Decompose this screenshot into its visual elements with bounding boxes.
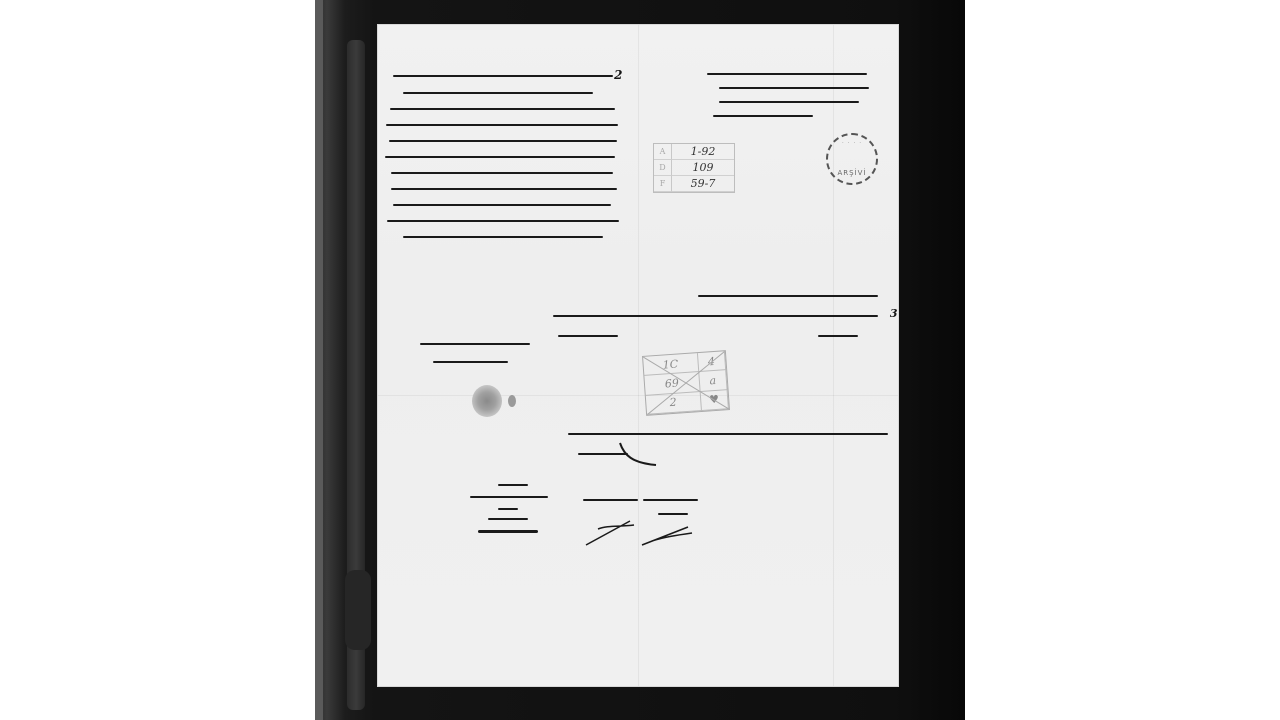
script-line — [385, 156, 615, 158]
script-line — [387, 220, 619, 222]
stamp-value: 1-92 — [672, 144, 734, 160]
stamp-prefix: F — [654, 176, 672, 192]
script-line — [393, 204, 611, 206]
seal-bottom-text: ARŞİVİ — [837, 169, 866, 177]
stamp-prefix: D — [654, 160, 672, 176]
script-line — [386, 124, 618, 126]
grid-cell: ♥ — [700, 390, 729, 411]
seal-top-text: · · · · — [828, 140, 876, 147]
script-line — [391, 188, 617, 190]
archive-reference-stamp: A 1-92 D 109 F 59-7 — [653, 143, 735, 193]
script-line — [719, 87, 869, 89]
grid-cell: 4 — [698, 351, 727, 372]
script-line — [707, 73, 867, 75]
script-line — [403, 92, 593, 94]
script-line — [470, 496, 548, 498]
signature — [478, 530, 538, 533]
script-line — [719, 101, 859, 103]
scanner-edge — [315, 0, 323, 720]
script-line — [553, 315, 878, 317]
script-line — [498, 508, 518, 510]
top-right-paragraph — [703, 63, 873, 123]
script-line — [391, 172, 613, 174]
signature-block-left — [468, 480, 548, 550]
middle-paragraph: 3 — [548, 287, 888, 357]
fold-line — [378, 395, 898, 396]
script-line — [713, 115, 813, 117]
script-line — [420, 343, 530, 345]
script-line — [433, 361, 508, 363]
signature-block-right — [638, 495, 698, 550]
fingerprint-mark — [472, 385, 502, 417]
left-note — [418, 335, 538, 375]
script-line — [698, 295, 878, 297]
signature-stroke-icon — [618, 441, 658, 467]
script-line — [658, 513, 688, 515]
document-page: 2 A 1-92 D 109 F 59-7 · · · · ARŞİVİ 3 1… — [378, 25, 898, 686]
lower-paragraph — [563, 423, 888, 483]
stamp-prefix: A — [654, 144, 672, 160]
script-line — [403, 236, 603, 238]
signature-block-middle — [578, 495, 638, 550]
script-line — [818, 335, 858, 337]
script-line — [643, 499, 698, 501]
pencil-reference-grid: 1C 4 69 a 2 ♥ — [642, 350, 730, 416]
script-line — [558, 335, 618, 337]
paragraph-marker: 2 — [614, 68, 623, 82]
script-line — [498, 484, 528, 486]
script-line — [393, 75, 613, 77]
grid-cell: a — [699, 370, 728, 391]
signature-icon — [578, 511, 638, 547]
script-line — [390, 108, 615, 110]
script-line — [389, 140, 617, 142]
scanner-rod-knob — [345, 570, 371, 650]
signature-icon — [638, 519, 698, 549]
grid-cell: 2 — [646, 392, 702, 415]
script-line — [583, 499, 638, 501]
script-line — [568, 433, 888, 435]
fingerprint-mark-small — [508, 395, 516, 407]
stamp-value: 59-7 — [672, 176, 734, 192]
top-left-paragraph: 2 — [383, 50, 623, 250]
paragraph-marker: 3 — [890, 307, 898, 320]
script-line — [488, 518, 528, 520]
stamp-value: 109 — [672, 160, 734, 176]
round-archive-seal: · · · · ARŞİVİ — [826, 133, 878, 185]
